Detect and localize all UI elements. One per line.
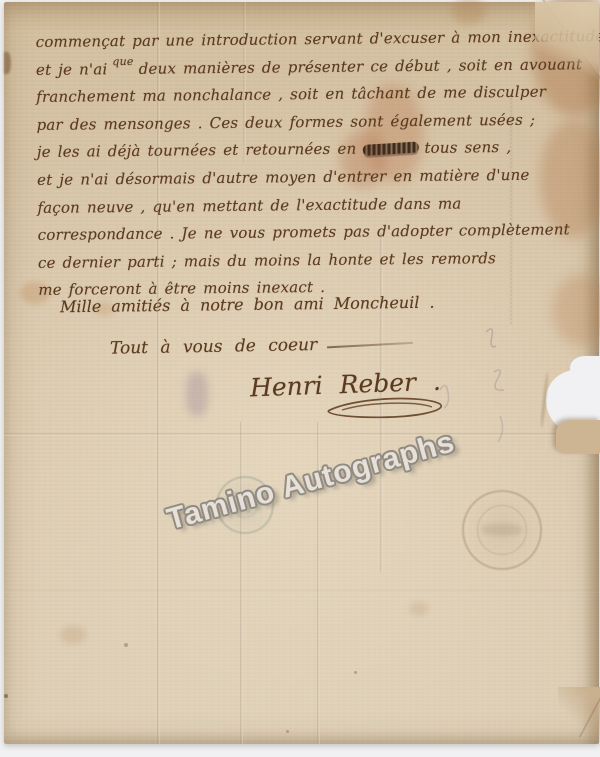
stain — [452, 0, 486, 24]
valediction-line: Tout à vous de coeur — [110, 333, 413, 358]
fold-crease — [240, 422, 243, 744]
torn-paper-flap — [556, 420, 600, 454]
edge-ink-mark — [4, 52, 11, 74]
crossed-out-word — [362, 142, 419, 156]
speck — [286, 730, 289, 733]
letter-scan: commençat par une introduction servant d… — [0, 0, 600, 757]
stain — [186, 372, 208, 416]
valediction-text: Tout à vous de coeur — [110, 335, 317, 359]
speck — [124, 643, 128, 647]
letter-paper: commençat par une introduction servant d… — [4, 2, 599, 744]
corner-fold — [535, 2, 599, 100]
line2-text: deux manières de présenter ce début , so… — [139, 55, 583, 78]
inserted-word: que — [112, 55, 133, 68]
letter-body: commençat par une introduction servant d… — [36, 27, 599, 309]
paper-tear — [570, 356, 600, 382]
stain — [410, 602, 428, 616]
line5-text: tous sens , — [424, 138, 511, 157]
speck — [354, 671, 357, 674]
line2-text: et je n'ai — [36, 60, 108, 79]
postmark-stamp — [462, 490, 542, 570]
speck — [4, 694, 8, 698]
ink-bleed-through — [510, 94, 512, 324]
line5-text: je les ai déjà tournées et retournées en — [37, 140, 357, 161]
fold-crease — [4, 590, 599, 593]
closing-line: Mille amitiés à notre bon ami Moncheuil … — [60, 293, 435, 317]
pen-stroke — [327, 341, 413, 347]
stain — [60, 626, 86, 644]
